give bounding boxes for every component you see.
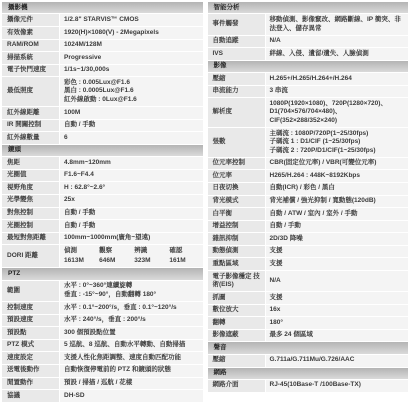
spec-value-line: 6 [64,134,199,143]
spec-value: 預設 / 掃描 / 巡航 / 花樣 [60,378,203,390]
spec-value: 3 串流 [266,86,409,98]
spec-value-line: 最多 24 個區域 [270,331,405,340]
spec-label: 位元率 [208,170,265,182]
spec-row: 光學變焦25x [2,195,203,207]
dori-header-cell: 辨識 [134,247,163,257]
spec-row: 背光模式背光補償 / 強光抑制 / 寬動態(120dB) [208,196,409,208]
spec-row: 白平衡自動 / ATW / 室內 / 室外 / 手動 [208,208,409,220]
spec-value-line: 25x [64,196,199,205]
spec-value: N/A [266,36,409,48]
spec-value-line: 絆線、入侵、遺留/遺失、人臉偵測 [270,50,405,59]
spec-value-line: 紅外線啟動 : 0Lux@F1.6 [64,96,199,105]
dori-value-cell: 161M [169,257,198,266]
spec-row: RAM/ROM1024M/128M [2,40,203,52]
section-header: 攝影機 [2,2,203,13]
spec-value: 自動 / ATW / 室內 / 室外 / 手動 [266,208,409,220]
spec-value: 6 [60,132,203,144]
spec-label: 光圈值 [2,170,59,182]
spec-value: 支援 [266,292,409,304]
spec-row: 範圍水平 : 0°~360°連續旋轉垂直 : -15°~90°，自動翻轉 180… [2,281,203,301]
spec-value-line: 自動 / 手動 [64,209,199,218]
spec-label: 張數 [208,128,265,157]
spec-value: 1024M/128M [60,40,203,52]
spec-label: 對焦控制 [2,208,59,220]
spec-row: 控制速度水平 : 0.1°~200°/s，垂直 : 0.1°~120°/s [2,302,203,314]
spec-row: IR 開關控制自動 / 手動 [2,120,203,132]
spec-value-line: 水平 : 0°~360°連續旋轉 [64,282,199,291]
section-header: 聲音 [208,342,409,353]
spec-value: F1.6~F4.4 [60,170,203,182]
spec-value: 偵測觀察辨識確認1613M646M323M161M [60,245,203,267]
spec-label: 數位放大 [208,305,265,317]
spec-label: RAM/ROM [2,40,59,52]
spec-value: DH-SD [60,390,203,402]
spec-label: 壓縮 [208,73,265,85]
spec-row: 位元率控制CBR(固定位元率) / VBR(可變位元率) [208,158,409,170]
spec-row: 解析度1080P(1920×1080)、720P(1280×720)、D1(70… [208,98,409,127]
dori-grid: 偵測觀察辨識確認1613M646M323M161M [64,247,199,266]
spec-label: 最低照度 [2,77,59,106]
spec-row: 動態偵測支援 [208,246,409,258]
spec-row: 自動追蹤N/A [208,36,409,48]
spec-value: 水平 : 0°~360°連續旋轉垂直 : -15°~90°，自動翻轉 180° [60,281,203,301]
spec-row: 紅外線數量6 [2,132,203,144]
spec-value-line: 2D/3D 降噪 [270,235,405,244]
spec-value: 100mm~1000mm(廣角~望遠) [60,233,203,245]
spec-value: 自動恢復停電前的 PTZ 和鏡頭的狀態 [60,365,203,377]
dori-header-cell: 偵測 [64,247,93,257]
spec-row: 日夜切換自動(ICR) / 彩色 / 黑白 [208,183,409,195]
spec-label: 串流能力 [208,86,265,98]
spec-value-line: 1024M/128M [64,41,199,50]
spec-value: 1920(H)×1080(V) - 2Megapixels [60,27,203,39]
spec-label: 翻轉 [208,317,265,329]
spec-label: 紅外線距離 [2,107,59,119]
spec-value: 100M [60,107,203,119]
spec-label: 動態偵測 [208,246,265,258]
spec-value-line: RJ-45(10Base-T /100Base-TX) [270,381,405,390]
spec-value: 支援 [266,258,409,270]
spec-label: 抓圖 [208,292,265,304]
dori-header-cell: 觀察 [99,247,128,257]
spec-value: 支援 [266,246,409,258]
spec-value: 背光補償 / 強光抑制 / 寬動態(120dB) [266,196,409,208]
spec-label: IR 開關控制 [2,120,59,132]
spec-value: 自動 / 手動 [60,120,203,132]
spec-value-line: D1(704×576/704×480)、 [270,108,405,117]
spec-row: DORI 距離偵測觀察辨識確認1613M646M323M161M [2,245,203,267]
spec-row: 攝像元件1/2.8" STARVIS™ CMOS [2,14,203,26]
spec-row: 電子影像穩定 技術(EIS)N/A [208,271,409,291]
spec-value-line: 1080P(1920×1080)、720P(1280×720)、 [270,100,405,109]
spec-value-line: 1/1s~1/30,000s [64,66,199,75]
dori-value-cell: 323M [134,257,163,266]
spec-label: 預設點 [2,327,59,339]
spec-row: 對焦控制自動 / 手動 [2,208,203,220]
spec-row: 抓圖支援 [208,292,409,304]
spec-value: 1/2.8" STARVIS™ CMOS [60,14,203,26]
spec-row: PTZ 模式5 巡航、8 巡航、自動水平轉動、自動掃描 [2,340,203,352]
spec-value-line: DH-SD [64,392,199,401]
spec-value-line: 支援 [270,294,405,303]
spec-value-line: 100mm~1000mm(廣角~望遠) [64,234,199,243]
spec-row: 送電後動作自動恢復停電前的 PTZ 和鏡頭的狀態 [2,365,203,377]
spec-value-line: 4.8mm~120mm [64,159,199,168]
spec-label: 事件觸發 [208,14,265,34]
spec-value: CBR(固定位元率) / VBR(可變位元率) [266,158,409,170]
spec-label: 預設速度 [2,315,59,327]
spec-row: 重點區域支援 [208,258,409,270]
dori-header-cell: 確認 [169,247,198,257]
spec-label: 重點區域 [208,258,265,270]
spec-value: 水平 : 240°/s，垂直 : 200°/s [60,315,203,327]
spec-value: H265/H.264 : 448K~8192Kbps [266,170,409,182]
spec-column-left: 攝影機攝像元件1/2.8" STARVIS™ CMOS有效像素1920(H)×1… [2,2,203,403]
spec-value-line: 1920(H)×1080(V) - 2Megapixels [64,29,199,38]
spec-row: 壓縮G.711a/G.711Mu/G.726/AAC [208,355,409,367]
spec-value-line: 水平 : 0.1°~200°/s，垂直 : 0.1°~120°/s [64,304,199,313]
spec-row: 增益控制自動 / 手動 [208,221,409,233]
spec-value-line: F1.6~F4.4 [64,171,199,180]
spec-value-line: 垂直 : -15°~90°，自動翻轉 180° [64,291,199,300]
spec-label: 網路介面 [208,380,265,392]
spec-value-line: CBR(固定位元率) / VBR(可變位元率) [270,159,405,168]
spec-row: 視野角度H : 62.8°~2.6° [2,182,203,194]
spec-row: 事件觸發移動偵測、影像竄改、網路斷線、IP 衝突、非法登入、儲存異常 [208,14,409,34]
spec-value-line: 自動 / 手動 [64,222,199,231]
spec-row: 串流能力3 串流 [208,86,409,98]
spec-row: 最低照度彩色 : 0.005Lux@F1.6黑白 : 0.0005Lux@F1.… [2,77,203,106]
spec-value-line: 水平 : 240°/s，垂直 : 200°/s [64,316,199,325]
spec-label: 背光模式 [208,196,265,208]
spec-row: 網路介面RJ-45(10Base-T /100Base-TX) [208,380,409,392]
spec-label: 攝像元件 [2,14,59,26]
spec-value-line: 1/2.8" STARVIS™ CMOS [64,16,199,25]
spec-label: 範圍 [2,281,59,301]
spec-value: 1/1s~1/30,000s [60,65,203,77]
spec-value: Progressive [60,52,203,64]
spec-label: 掃描系統 [2,52,59,64]
spec-value: 自動 / 手動 [266,221,409,233]
spec-label: IVS [208,48,265,60]
spec-value-line: 16x [270,306,405,315]
spec-label: 紅外線數量 [2,132,59,144]
spec-value-line: 自動恢復停電前的 PTZ 和鏡頭的狀態 [64,366,199,375]
spec-row: 紅外線距離100M [2,107,203,119]
spec-value: 支援人性化焦距調整、速度自動匹配功能 [60,352,203,364]
section-header: 影像 [208,61,409,72]
spec-value-line: H : 62.8°~2.6° [64,184,199,193]
section-header: 網路 [208,368,409,379]
spec-value-line: 子碼流 1 : D1/CIF (1~25/30fps) [270,138,405,147]
spec-row: 光圈控制自動 / 手動 [2,220,203,232]
spec-row: 翻轉180° [208,317,409,329]
spec-label: 視野角度 [2,182,59,194]
spec-value-line: 100M [64,109,199,118]
spec-label: 雜訊抑制 [208,233,265,245]
spec-row: 閒置動作預設 / 掃描 / 巡航 / 花樣 [2,378,203,390]
spec-value-line: G.711a/G.711Mu/G.726/AAC [270,356,405,365]
spec-row: 張數主碼流 : 1080P/720P(1~25/30fps)子碼流 1 : D1… [208,128,409,157]
spec-value: RJ-45(10Base-T /100Base-TX) [266,380,409,392]
spec-label: 電子快門速度 [2,65,59,77]
spec-value-line: H265/H.264 : 448K~8192Kbps [270,172,405,181]
spec-label: 控制速度 [2,302,59,314]
spec-column-right: 智能分析事件觸發移動偵測、影像竄改、網路斷線、IP 衝突、非法登入、儲存異常自動… [208,2,409,403]
spec-label: 最短對焦距離 [2,233,59,245]
dori-value-cell: 1613M [64,257,93,266]
spec-value-line: 自動(ICR) / 彩色 / 黑白 [270,184,405,193]
spec-value: 自動(ICR) / 彩色 / 黑白 [266,183,409,195]
spec-row: 影像遮蔽最多 24 個區域 [208,330,409,342]
spec-label: 解析度 [208,98,265,127]
spec-value-line: 子碼流 2 : 720P/D1/CIF(1~25/30fps) [270,147,405,156]
spec-label: 日夜切換 [208,183,265,195]
spec-value: 自動 / 手動 [60,220,203,232]
spec-row: 焦距4.8mm~120mm [2,157,203,169]
spec-value-line: CIF(352×288/352×240) [270,117,405,126]
spec-label: 光學變焦 [2,195,59,207]
spec-value-line: 自動 / ATW / 室內 / 室外 / 手動 [270,210,405,219]
spec-row: 有效像素1920(H)×1080(V) - 2Megapixels [2,27,203,39]
spec-value-line: 180° [270,319,405,328]
spec-label: 協議 [2,390,59,402]
spec-label: 有效像素 [2,27,59,39]
spec-value: 300 個預設點位置 [60,327,203,339]
spec-label: DORI 距離 [2,245,59,267]
spec-value-line: 主碼流 : 1080P/720P(1~25/30fps) [270,130,405,139]
spec-label: 壓縮 [208,355,265,367]
spec-value: N/A [266,271,409,291]
spec-value-line: 自動 / 手動 [270,222,405,231]
spec-value: 水平 : 0.1°~200°/s，垂直 : 0.1°~120°/s [60,302,203,314]
spec-label: 白平衡 [208,208,265,220]
spec-value: 1080P(1920×1080)、720P(1280×720)、D1(704×5… [266,98,409,127]
spec-row: IVS絆線、入侵、遺留/遺失、人臉偵測 [208,48,409,60]
spec-value: 25x [60,195,203,207]
spec-row: 速度設定支援人性化焦距調整、速度自動匹配功能 [2,352,203,364]
spec-row: 位元率H265/H.264 : 448K~8192Kbps [208,170,409,182]
spec-value-line: 背光補償 / 強光抑制 / 寬動態(120dB) [270,197,405,206]
spec-value-line: 移動偵測、影像竄改、網路斷線、IP 衝突、非法登入、儲存異常 [270,16,405,33]
spec-value: 16x [266,305,409,317]
spec-label: 閒置動作 [2,378,59,390]
spec-value-line: 預設 / 掃描 / 巡航 / 花樣 [64,379,199,388]
spec-row: 最短對焦距離100mm~1000mm(廣角~望遠) [2,233,203,245]
spec-value: 4.8mm~120mm [60,157,203,169]
spec-value: 自動 / 手動 [60,208,203,220]
spec-value: H : 62.8°~2.6° [60,182,203,194]
spec-value-line: 黑白 : 0.0005Lux@F1.6 [64,87,199,96]
spec-label: 自動追蹤 [208,36,265,48]
spec-value: 180° [266,317,409,329]
spec-row: 光圈值F1.6~F4.4 [2,170,203,182]
spec-row: 預設點300 個預設點位置 [2,327,203,339]
spec-label: 送電後動作 [2,365,59,377]
spec-value-line: 支援人性化焦距調整、速度自動匹配功能 [64,354,199,363]
spec-row: 壓縮H.265+/H.265/H.264+/H.264 [208,73,409,85]
spec-label: 速度設定 [2,352,59,364]
section-header: PTZ [2,268,203,279]
spec-value: 5 巡航、8 巡航、自動水平轉動、自動掃描 [60,340,203,352]
section-header: 鏡頭 [2,145,203,156]
spec-value-line: N/A [270,37,405,46]
spec-value: 彩色 : 0.005Lux@F1.6黑白 : 0.0005Lux@F1.6紅外線… [60,77,203,106]
spec-label: PTZ 模式 [2,340,59,352]
spec-label: 電子影像穩定 技術(EIS) [208,271,265,291]
spec-value-line: 300 個預設點位置 [64,329,199,338]
spec-value-line: H.265+/H.265/H.264+/H.264 [270,75,405,84]
spec-value-line: 自動 / 手動 [64,121,199,130]
spec-value-line: N/A [270,277,405,286]
spec-row: 掃描系統Progressive [2,52,203,64]
spec-value-line: 支援 [270,260,405,269]
spec-value: H.265+/H.265/H.264+/H.264 [266,73,409,85]
spec-label: 增益控制 [208,221,265,233]
spec-value: 移動偵測、影像竄改、網路斷線、IP 衝突、非法登入、儲存異常 [266,14,409,34]
spec-value-line: Progressive [64,54,199,63]
spec-label: 焦距 [2,157,59,169]
spec-label: 光圈控制 [2,220,59,232]
spec-value: 主碼流 : 1080P/720P(1~25/30fps)子碼流 1 : D1/C… [266,128,409,157]
spec-value-line: 3 串流 [270,87,405,96]
spec-row: 雜訊抑制2D/3D 降噪 [208,233,409,245]
spec-sheet: 攝影機攝像元件1/2.8" STARVIS™ CMOS有效像素1920(H)×1… [0,0,410,403]
spec-value: 絆線、入侵、遺留/遺失、人臉偵測 [266,48,409,60]
spec-row: 預設速度水平 : 240°/s，垂直 : 200°/s [2,315,203,327]
spec-value-line: 5 巡航、8 巡航、自動水平轉動、自動掃描 [64,341,199,350]
spec-value: 2D/3D 降噪 [266,233,409,245]
dori-value-cell: 646M [99,257,128,266]
spec-row: 協議DH-SD [2,390,203,402]
spec-value: G.711a/G.711Mu/G.726/AAC [266,355,409,367]
spec-label: 位元率控制 [208,158,265,170]
spec-value: 最多 24 個區域 [266,330,409,342]
spec-label: 影像遮蔽 [208,330,265,342]
spec-row: 電子快門速度1/1s~1/30,000s [2,65,203,77]
spec-value-line: 支援 [270,247,405,256]
spec-row: 數位放大16x [208,305,409,317]
section-header: 智能分析 [208,2,409,13]
